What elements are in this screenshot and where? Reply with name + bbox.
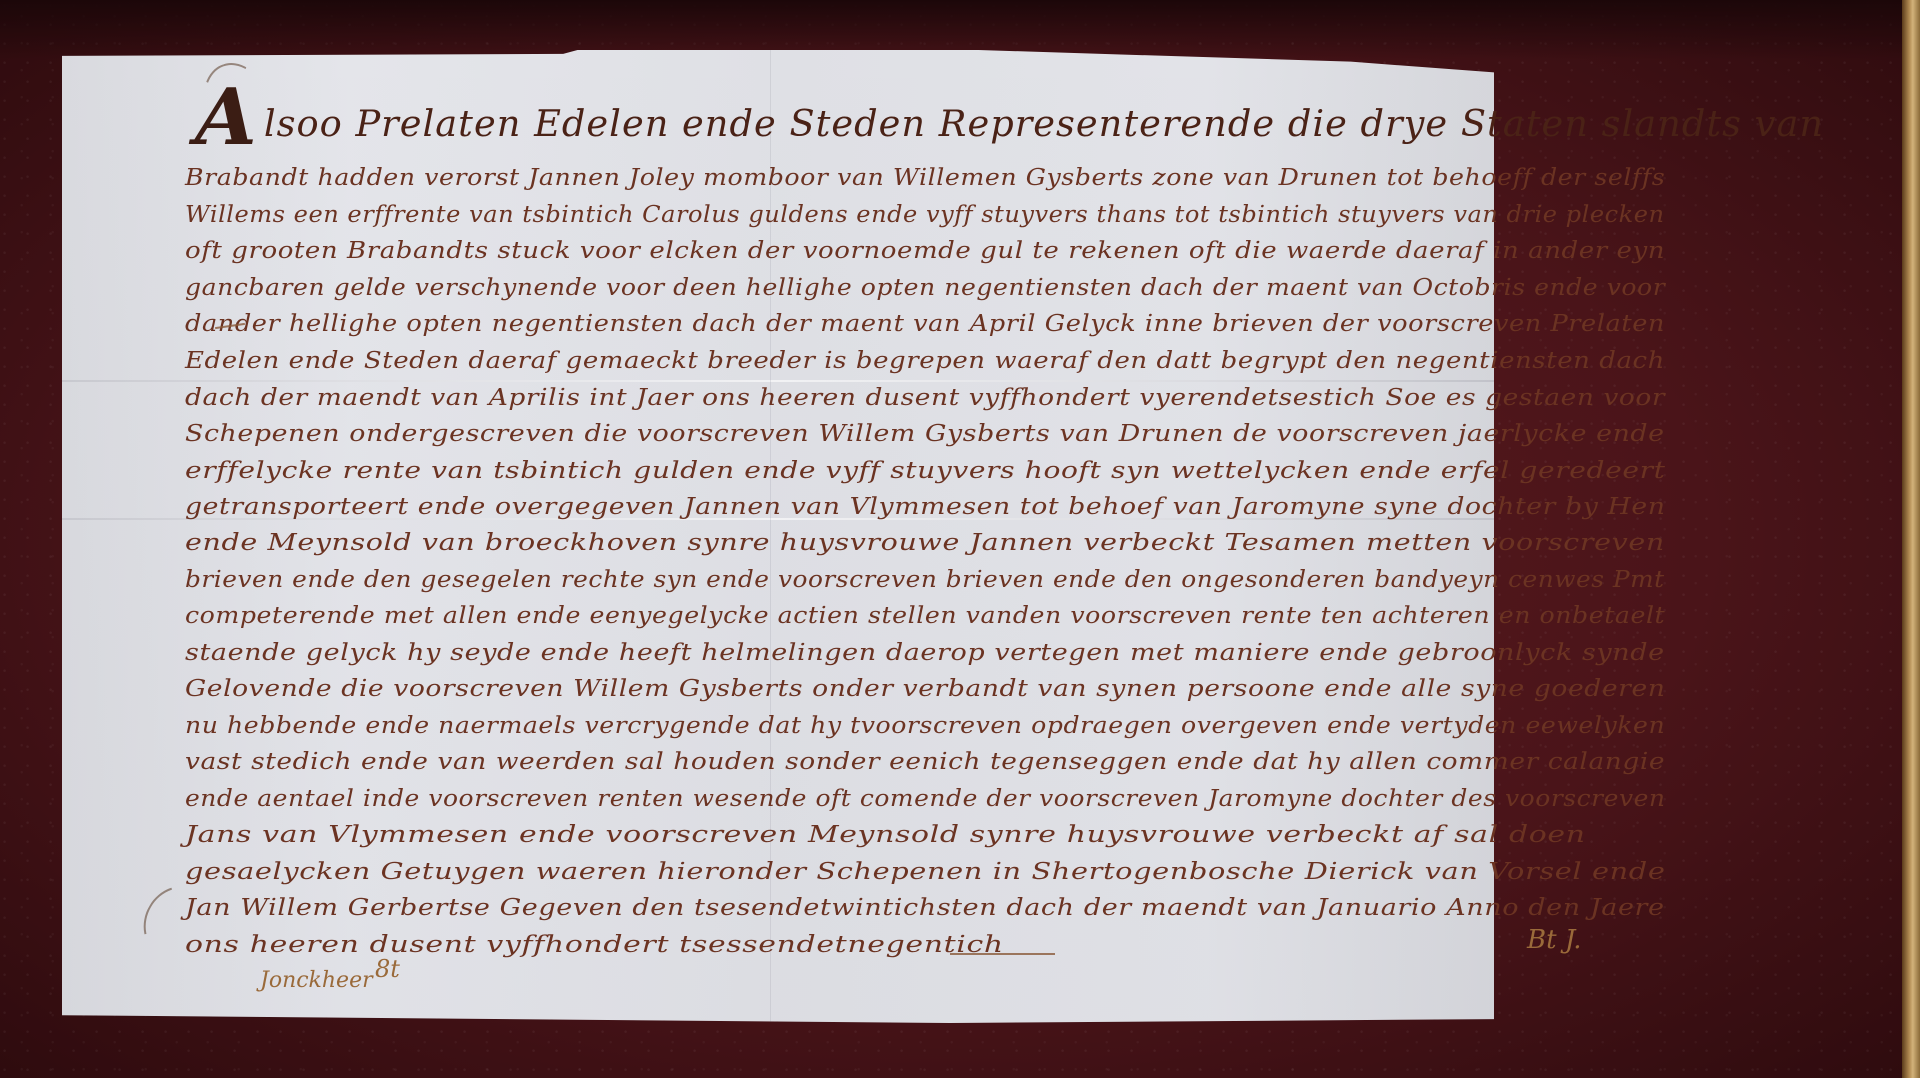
text-line: ende Meynsold van broeckhoven synre huys… [185, 530, 1665, 556]
text-line: competerende met allen ende eenyegelycke… [185, 603, 1665, 629]
text-line: dach der maendt van Aprilis int Jaer ons… [185, 385, 1665, 411]
signature-rule [950, 953, 1055, 955]
text-line: erffelycke rente van tsbintich gulden en… [185, 458, 1666, 484]
text-line: ende aentael inde voorscreven renten wes… [185, 786, 1666, 812]
text-line: gesaelycken Getuygen waeren hieronder Sc… [185, 859, 1666, 885]
text-line: Jan Willem Gerbertse Gegeven den tsesend… [185, 895, 1665, 921]
text-line: ons heeren dusent vyffhondert tsessendet… [185, 932, 1004, 958]
text-line: dander hellighe opten negentiensten dach… [185, 311, 1665, 337]
text-line: Edelen ende Steden daeraf gemaeckt breed… [185, 348, 1665, 374]
text-line: Willems een erffrente van tsbintich Caro… [185, 202, 1665, 228]
text-line: nu hebbende ende naermaels vercrygende d… [185, 713, 1665, 739]
text-line: oft grooten Brabandts stuck voor elcken … [185, 238, 1665, 264]
text-line: getransporteert ende overgegeven Jannen … [185, 494, 1666, 520]
velvet-frame: Alsoo Prelaten Edelen ende Steden Repres… [0, 0, 1920, 1078]
signature-left: Jonckheer [260, 968, 373, 993]
text-line: brieven ende den gesegelen rechte syn en… [185, 567, 1665, 593]
fold-crease-horizontal [62, 380, 1494, 382]
charter-title-line: Alsoo Prelaten Edelen ende Steden Repres… [195, 88, 1824, 148]
title-text: lsoo Prelaten Edelen ende Steden Represe… [264, 104, 1824, 145]
text-line: Jans van Vlymmesen ende voorscreven Meyn… [185, 822, 1586, 848]
text-line: vast stedich ende van weerden sal houden… [185, 749, 1665, 775]
text-line: Brabandt hadden verorst Jannen Joley mom… [185, 165, 1665, 191]
text-line: Schepenen ondergescreven die voorscreven… [185, 421, 1665, 447]
text-line: staende gelyck hy seyde ende heeft helme… [185, 640, 1665, 666]
gilt-frame-edge [1902, 0, 1920, 1078]
signature-right: Bt J. [1527, 925, 1582, 955]
signature-left-mark: 8t [375, 955, 400, 983]
text-line: gancbaren gelde verschynende voor deen h… [185, 275, 1665, 301]
text-line: Gelovende die voorscreven Willem Gysbert… [185, 676, 1665, 702]
